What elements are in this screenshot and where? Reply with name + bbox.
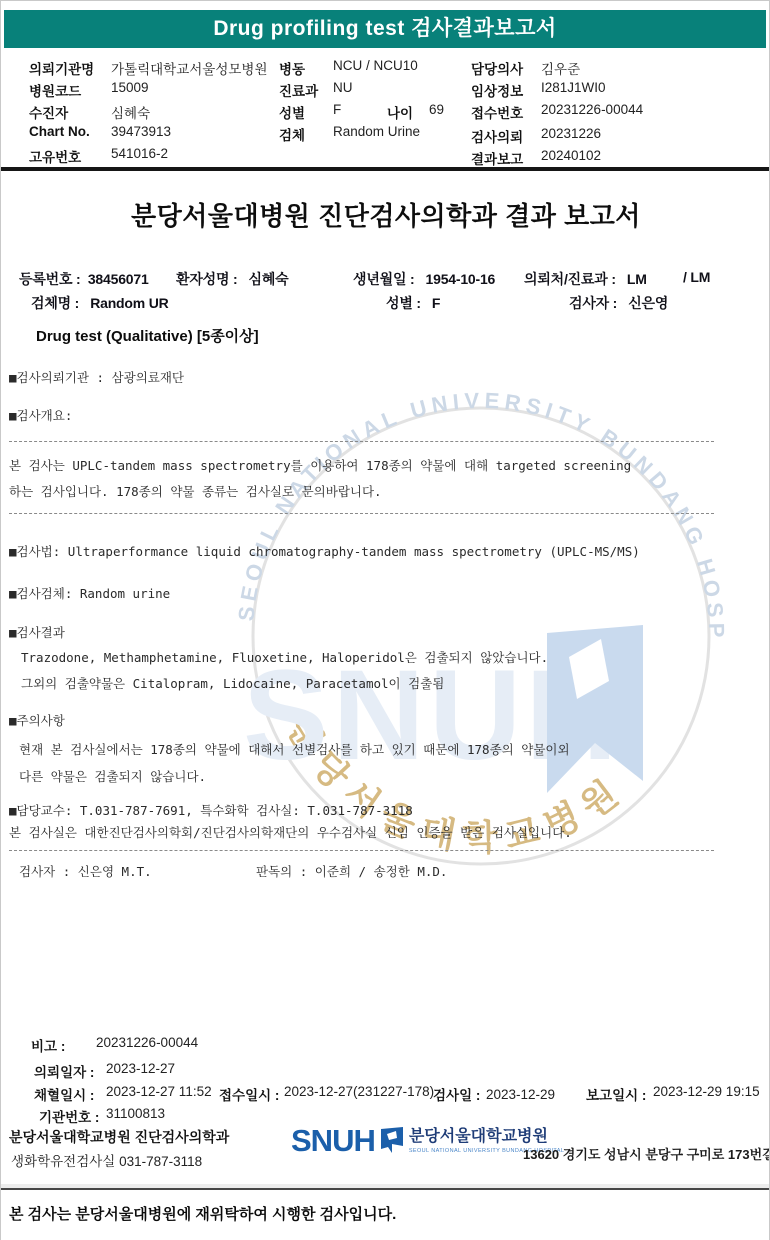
- footer-divider: [1, 1184, 770, 1190]
- test-date-label: 검사일 :: [433, 1084, 480, 1104]
- hospital-dept-line: 분당서울대학교병원 진단검사의학과: [9, 1127, 229, 1147]
- report-header-title: Drug profiling test 검사결과보고서: [213, 17, 556, 40]
- body-line-overview-2: 하는 검사입니다. 178종의 약물 종류는 검사실로 문의바랍니다.: [9, 482, 382, 500]
- referrer-dept2-value: / LM: [683, 269, 710, 285]
- field-label-requesting-org: 의뢰기관명: [29, 58, 94, 78]
- lab-phone-line: 생화학유전검사실 031-787-3118: [11, 1150, 202, 1170]
- section-divider: [1, 167, 770, 171]
- field-label-sex: 성별: [279, 102, 305, 122]
- snuh-hospital-name: 분당서울대학교병원: [409, 1128, 564, 1146]
- patient-name-label: 환자성명 :: [176, 271, 237, 287]
- examiner-label: 검사자 :: [569, 295, 617, 311]
- signature-reader: 판독의 : 이준희 / 송정한 M.D.: [256, 862, 447, 880]
- sex-label: 성별 :: [386, 295, 421, 311]
- report-datetime-value: 2023-12-29 19:15: [653, 1084, 760, 1099]
- specimen-name-label: 검체명 :: [31, 295, 79, 311]
- request-date-label: 의뢰일자 :: [34, 1061, 94, 1081]
- field-label-test-request: 검사의뢰: [471, 126, 523, 146]
- collect-datetime-value: 2023-12-27 11:52: [106, 1084, 212, 1099]
- dashed-separator: [9, 513, 714, 514]
- field-label-unique-no: 고유번호: [29, 146, 81, 166]
- examiner-field: 검사자 : 신은영: [569, 293, 668, 313]
- specimen-name-value: Random UR: [90, 295, 168, 311]
- field-value-receipt-no: 20231226-00044: [541, 102, 643, 117]
- examiner-value: 신은영: [628, 295, 668, 311]
- field-label-hospital-code: 병원코드: [29, 80, 81, 100]
- field-value-test-request: 20231226: [541, 126, 601, 141]
- body-line-caution-2: 다른 약물은 검출되지 않습니다.: [19, 767, 206, 785]
- body-line-caution-header: ■주의사항: [9, 711, 65, 729]
- dashed-separator: [9, 850, 714, 851]
- reg-no-field: 등록번호 : 38456071: [19, 269, 149, 289]
- body-line-caution-1: 현재 본 검사실에서는 178종의 약물에 대해서 선별검사를 하고 있기 때문…: [19, 740, 570, 758]
- body-line-accreditation: 본 검사실은 대한진단검사의학회/진단검사의학재단의 우수검사실 신임 인증을 …: [9, 823, 572, 841]
- body-line-result-positive: 그외의 검출약물은 Citalopram, Lidocaine, Paracet…: [21, 674, 444, 692]
- field-label-doctor: 담당의사: [471, 58, 523, 78]
- referrer-dept-value: LM: [627, 271, 647, 287]
- field-value-result-report: 20240102: [541, 148, 601, 163]
- outsourcing-note: 본 검사는 분당서울대병원에 재위탁하여 시행한 검사입니다.: [9, 1203, 396, 1224]
- field-label-ward: 병동: [279, 58, 305, 78]
- signature-examiner: 검사자 : 신은영 M.T.: [19, 862, 152, 880]
- field-value-hospital-code: 15009: [111, 80, 149, 95]
- field-value-patient: 심혜숙: [111, 102, 150, 122]
- body-line-specimen: ■검사검체: Random urine: [9, 584, 170, 602]
- collect-datetime-label: 채혈일시 :: [34, 1084, 94, 1104]
- field-value-sex: F: [333, 102, 341, 117]
- test-name-title: Drug test (Qualitative) [5종이상]: [36, 325, 259, 346]
- body-line-request-org: ■검사의뢰기관 : 삼광의료재단: [9, 368, 184, 386]
- remark-value: 20231226-00044: [96, 1035, 198, 1050]
- report-page: Drug profiling test 검사결과보고서 의뢰기관명 가톨릭대학교…: [0, 0, 770, 1240]
- body-line-result-negative: Trazodone, Methamphetamine, Fluoxetine, …: [21, 648, 548, 666]
- referrer-dept-label: 의뢰처/진료과 :: [524, 271, 616, 287]
- report-header-bar: Drug profiling test 검사결과보고서: [4, 10, 766, 48]
- field-label-receipt-no: 접수번호: [471, 102, 523, 122]
- birth-field: 생년월일 : 1954-10-16: [353, 269, 495, 289]
- hospital-address: 13620 경기도 성남시 분당구 구미로 173번길 82: [523, 1144, 770, 1163]
- field-label-department: 진료과: [279, 80, 318, 100]
- field-value-age: 69: [429, 102, 444, 117]
- watermark-arc-top-text: SEOUL NATIONAL UNIVERSITY BUNDANG HOSPIT…: [171, 381, 729, 643]
- snuh-shield-icon: [380, 1126, 404, 1154]
- body-line-professor: ■담당교수: T.031-787-7691, 특수화학 검사실: T.031-7…: [9, 801, 413, 819]
- birth-label: 생년월일 :: [353, 271, 414, 287]
- field-label-patient: 수진자: [29, 102, 68, 122]
- remark-label: 비고 :: [31, 1035, 65, 1055]
- field-value-clinical-info: I281J1WI0: [541, 80, 606, 95]
- org-no-value: 31100813: [106, 1106, 165, 1121]
- field-value-requesting-org: 가톨릭대학교서울성모병원: [111, 58, 268, 78]
- org-no-label: 기관번호 :: [39, 1106, 99, 1126]
- sex-field: 성별 : F: [386, 293, 440, 313]
- receipt-datetime-value: 2023-12-27(231227-178): [284, 1084, 434, 1099]
- field-value-chart-no: 39473913: [111, 124, 171, 139]
- patient-name-field: 환자성명 : 심혜숙: [176, 269, 289, 289]
- field-label-clinical-info: 임상정보: [471, 80, 523, 100]
- field-value-doctor: 김우준: [541, 58, 580, 78]
- report-datetime-label: 보고일시 :: [586, 1084, 646, 1104]
- specimen-name-field: 검체명 : Random UR: [31, 293, 169, 313]
- field-value-ward: NCU / NCU10: [333, 58, 418, 73]
- document-title: 분당서울대병원 진단검사의학과 결과 보고서: [1, 196, 770, 233]
- field-label-age: 나이: [387, 102, 413, 122]
- patient-name-value: 심혜숙: [249, 271, 289, 287]
- birth-value: 1954-10-16: [426, 271, 496, 287]
- field-value-unique-no: 541016-2: [111, 146, 168, 161]
- field-label-result-report: 결과보고: [471, 148, 523, 168]
- body-line-overview-header: ■검사개요:: [9, 406, 72, 424]
- receipt-datetime-label: 접수일시 :: [219, 1084, 279, 1104]
- svg-text:SEOUL NATIONAL UNIVERSITY BUND: SEOUL NATIONAL UNIVERSITY BUNDANG HOSPIT…: [171, 381, 729, 643]
- reg-no-value: 38456071: [88, 271, 149, 287]
- request-date-value: 2023-12-27: [106, 1061, 175, 1076]
- field-label-specimen: 검체: [279, 124, 305, 144]
- field-value-department: NU: [333, 80, 353, 95]
- dashed-separator: [9, 441, 714, 442]
- reg-no-label: 등록번호 :: [19, 271, 80, 287]
- field-value-specimen: Random Urine: [333, 124, 420, 139]
- referrer-dept-field: 의뢰처/진료과 : LM: [524, 269, 647, 289]
- body-line-overview-1: 본 검사는 UPLC-tandem mass spectrometry를 이용하…: [9, 456, 631, 474]
- sex-value: F: [432, 295, 440, 311]
- test-date-value: 2023-12-29: [486, 1087, 555, 1102]
- snuh-logo-text: SNUH: [291, 1125, 375, 1156]
- field-label-chart-no: Chart No.: [29, 124, 90, 139]
- body-line-result-header: ■검사결과: [9, 623, 65, 641]
- body-line-method: ■검사법: Ultraperformance liquid chromatogr…: [9, 542, 640, 560]
